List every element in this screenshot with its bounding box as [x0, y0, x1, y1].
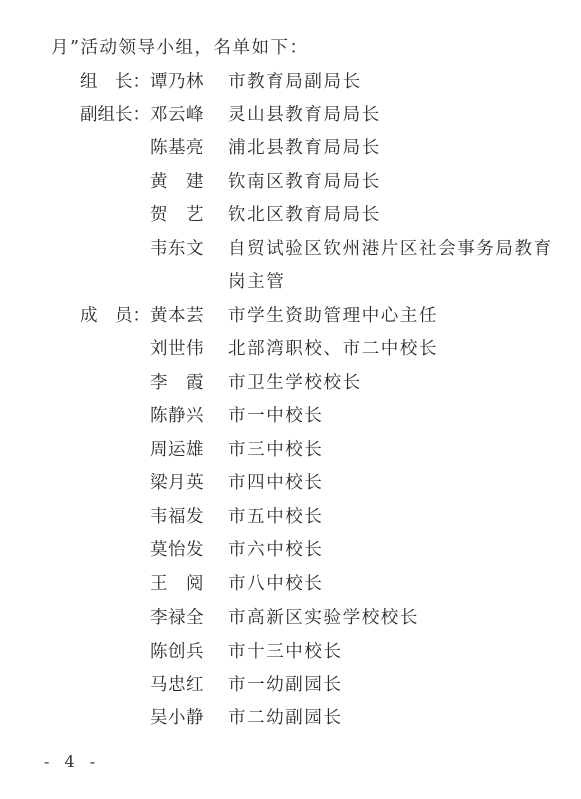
member-title: 市学生资助管理中心主任	[228, 302, 438, 327]
member-name: 黄本芸	[150, 302, 210, 327]
document-page: 月”活动领导小组，名单如下： 组 长： 谭乃林 市教育局副局长 副组长： 邓云峰…	[0, 0, 581, 799]
role-label-deputy: 副组长：	[80, 101, 150, 126]
member-title: 钦南区教育局局长	[228, 168, 381, 193]
member-title: 市三中校长	[228, 436, 324, 461]
member-name: 王 阅	[150, 570, 210, 595]
member-name: 梁月英	[150, 469, 210, 494]
member-title: 灵山县教育局局长	[228, 101, 381, 126]
member-title: 市教育局副局长	[228, 68, 362, 93]
member-title: 市高新区实验学校校长	[228, 604, 419, 629]
member-name: 刘世伟	[150, 335, 210, 360]
member-title: 市卫生学校校长	[228, 369, 362, 394]
member-name: 吴小静	[150, 704, 210, 729]
member-title: 市一幼副园长	[228, 671, 343, 696]
member-title: 市一中校长	[228, 402, 324, 427]
member-name: 贺 艺	[150, 201, 210, 226]
member-title: 自贸试验区钦州港片区社会事务局教育	[228, 235, 553, 260]
member-name: 黄 建	[150, 168, 210, 193]
member-name: 李 霞	[150, 369, 210, 394]
member-title: 浦北县教育局局长	[228, 134, 381, 159]
member-name: 邓云峰	[150, 101, 210, 126]
member-title: 市六中校长	[228, 536, 324, 561]
role-label-leader: 组 长：	[80, 68, 150, 93]
member-title: 钦北区教育局局长	[228, 201, 381, 226]
member-title: 市四中校长	[228, 469, 324, 494]
member-name: 谭乃林	[150, 68, 210, 93]
intro-line: 月”活动领导小组，名单如下：	[51, 34, 308, 59]
member-name: 莫怡发	[150, 536, 210, 561]
member-name: 陈基亮	[150, 134, 210, 159]
member-title: 市五中校长	[228, 503, 324, 528]
member-title: 市二幼副园长	[228, 704, 343, 729]
member-name: 陈静兴	[150, 402, 210, 427]
member-name: 周运雄	[150, 436, 210, 461]
member-name: 陈创兵	[150, 638, 210, 663]
member-name: 韦东文	[150, 235, 210, 260]
member-title-continuation: 岗主管	[228, 268, 285, 293]
member-name: 李禄全	[150, 604, 210, 629]
role-label-member: 成 员：	[80, 302, 150, 327]
member-title: 市八中校长	[228, 570, 324, 595]
member-name: 马忠红	[150, 671, 210, 696]
member-title: 北部湾职校、市二中校长	[228, 335, 438, 360]
page-number: - 4 -	[44, 752, 100, 771]
member-title: 市十三中校长	[228, 638, 343, 663]
member-name: 韦福发	[150, 503, 210, 528]
